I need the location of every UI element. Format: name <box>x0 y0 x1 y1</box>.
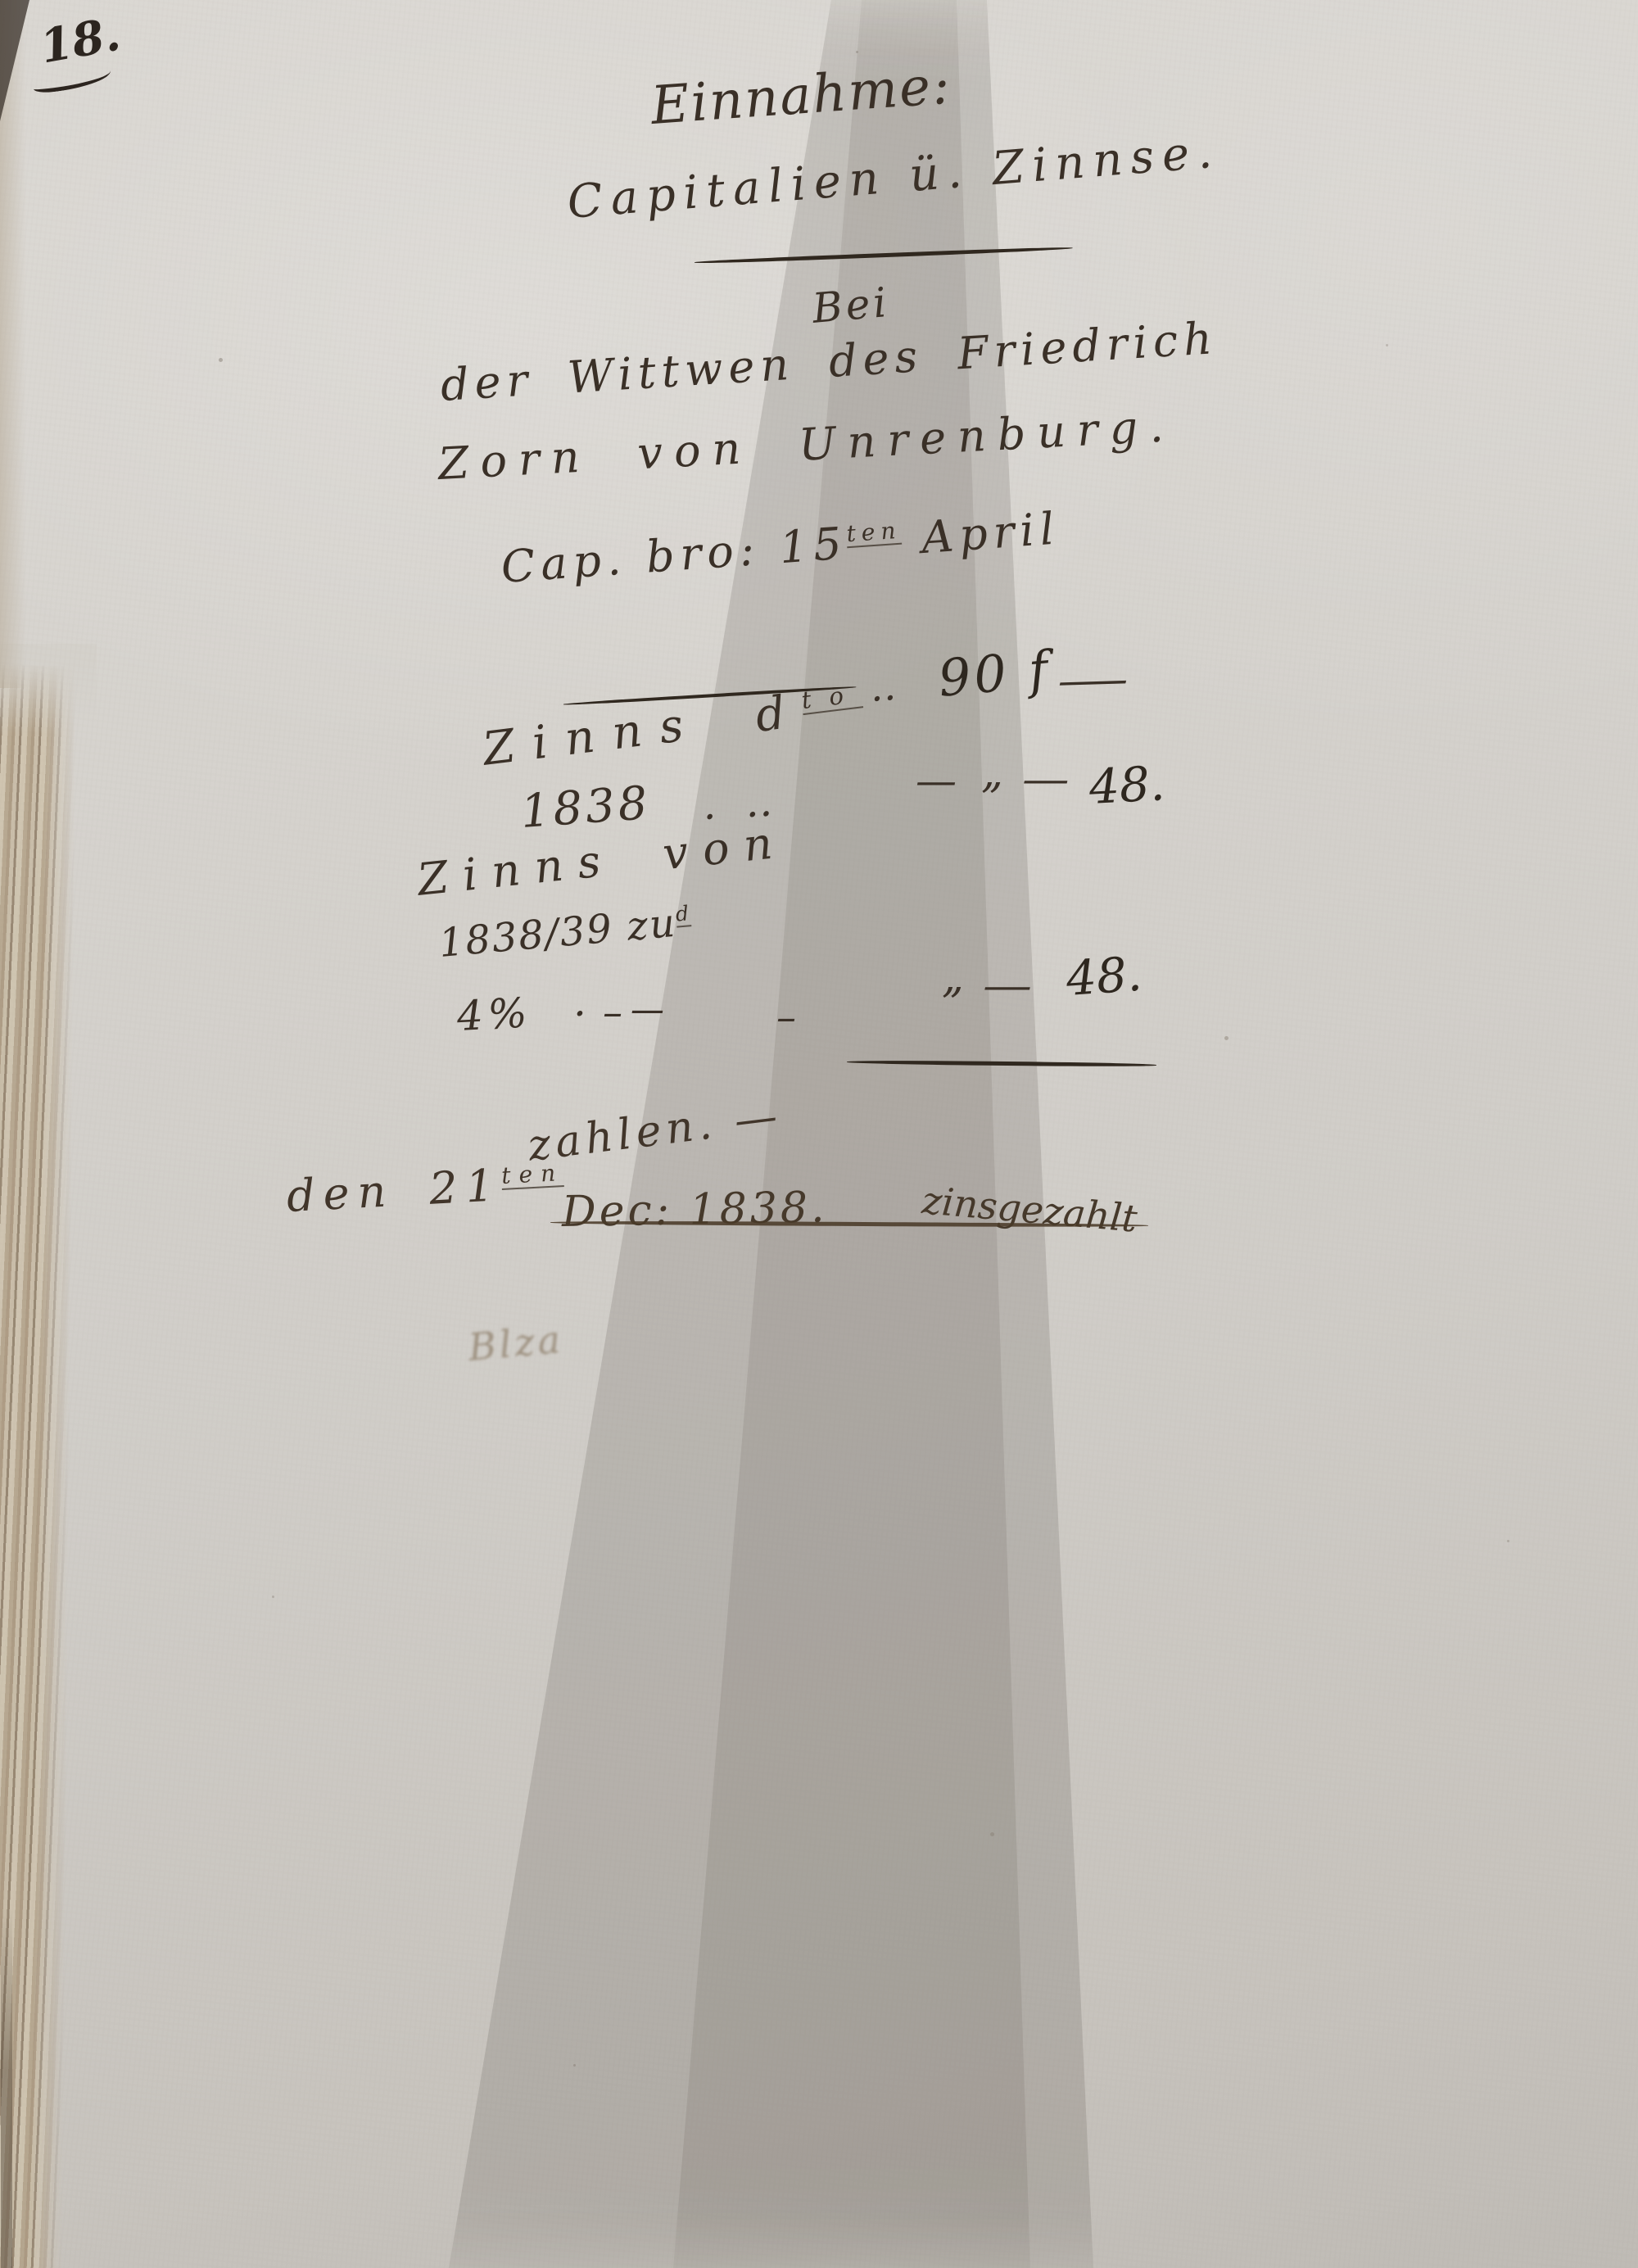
capital-date-line: Cap. bro: 15ten April <box>500 506 1061 590</box>
date-prefix-text: den 21 <box>285 1159 503 1222</box>
entry2-rate-dash-2: — <box>631 989 664 1029</box>
salutation-line: Bei <box>811 282 891 329</box>
entry1-amount: 48. <box>1088 759 1165 811</box>
subtitle-underline <box>695 246 1073 265</box>
date-superscript: ten <box>501 1161 565 1190</box>
entry2-rate: 4% <box>456 992 533 1037</box>
sum-rule <box>847 1060 1156 1067</box>
entry2-comma-mark: „ <box>942 957 964 999</box>
entry1-label: Zinns dto <box>481 681 866 772</box>
ledger-page: 18. Einnahme: Capitalien ü. Zinnse. Bei … <box>0 0 1638 2268</box>
pencil-note: Blza <box>467 1320 565 1366</box>
entry1-year: 1838 <box>519 781 652 835</box>
entry1-label-superscript: to <box>800 681 863 715</box>
entry1-dash-2: — <box>1022 758 1070 799</box>
date-struck-1: Dec: 1838. <box>562 1186 828 1234</box>
entry2-rate-dash-1: – <box>603 993 622 1032</box>
title-line: Einnahme: <box>649 59 953 132</box>
entry2-year-superscript: d <box>675 903 691 927</box>
capital-amount: 90 f <box>936 644 1052 704</box>
entry2-rate-dot: . <box>573 981 586 1022</box>
manuscript-photo: 18. Einnahme: Capitalien ü. Zinnse. Bei … <box>0 0 1638 2268</box>
inserted-note: zahlen. — <box>526 1094 785 1168</box>
capital-date-superscript: ten <box>846 519 903 549</box>
page-number: 18. <box>37 11 124 70</box>
entry1-dash-1: — <box>916 760 957 801</box>
capital-date-suffix: April <box>900 502 1061 564</box>
entry2-year-text: 1838/39 zu <box>437 900 679 967</box>
capital-marks: ‥ <box>868 667 897 708</box>
entry2-year: 1838/39 zud <box>437 902 693 963</box>
entry2-dash-2: — <box>983 965 1032 1006</box>
capital-date-prefix: Cap. bro: 15 <box>500 518 849 593</box>
entry2-dash-1: – <box>776 998 796 1037</box>
entry2-amount: 48. <box>1065 950 1143 1003</box>
capital-amount-dash: — <box>1055 658 1131 703</box>
page-number-flourish <box>32 65 112 94</box>
debtor-line-2: Zorn von Unrenburg. <box>437 404 1176 487</box>
entry1-comma-mark: „ <box>981 752 1003 794</box>
date-line-prefix: den 21ten <box>286 1160 566 1219</box>
date-struck-2: zinsgezahlt <box>921 1181 1138 1238</box>
subtitle-line: Capitalien ü. Zinnse. <box>566 129 1222 226</box>
